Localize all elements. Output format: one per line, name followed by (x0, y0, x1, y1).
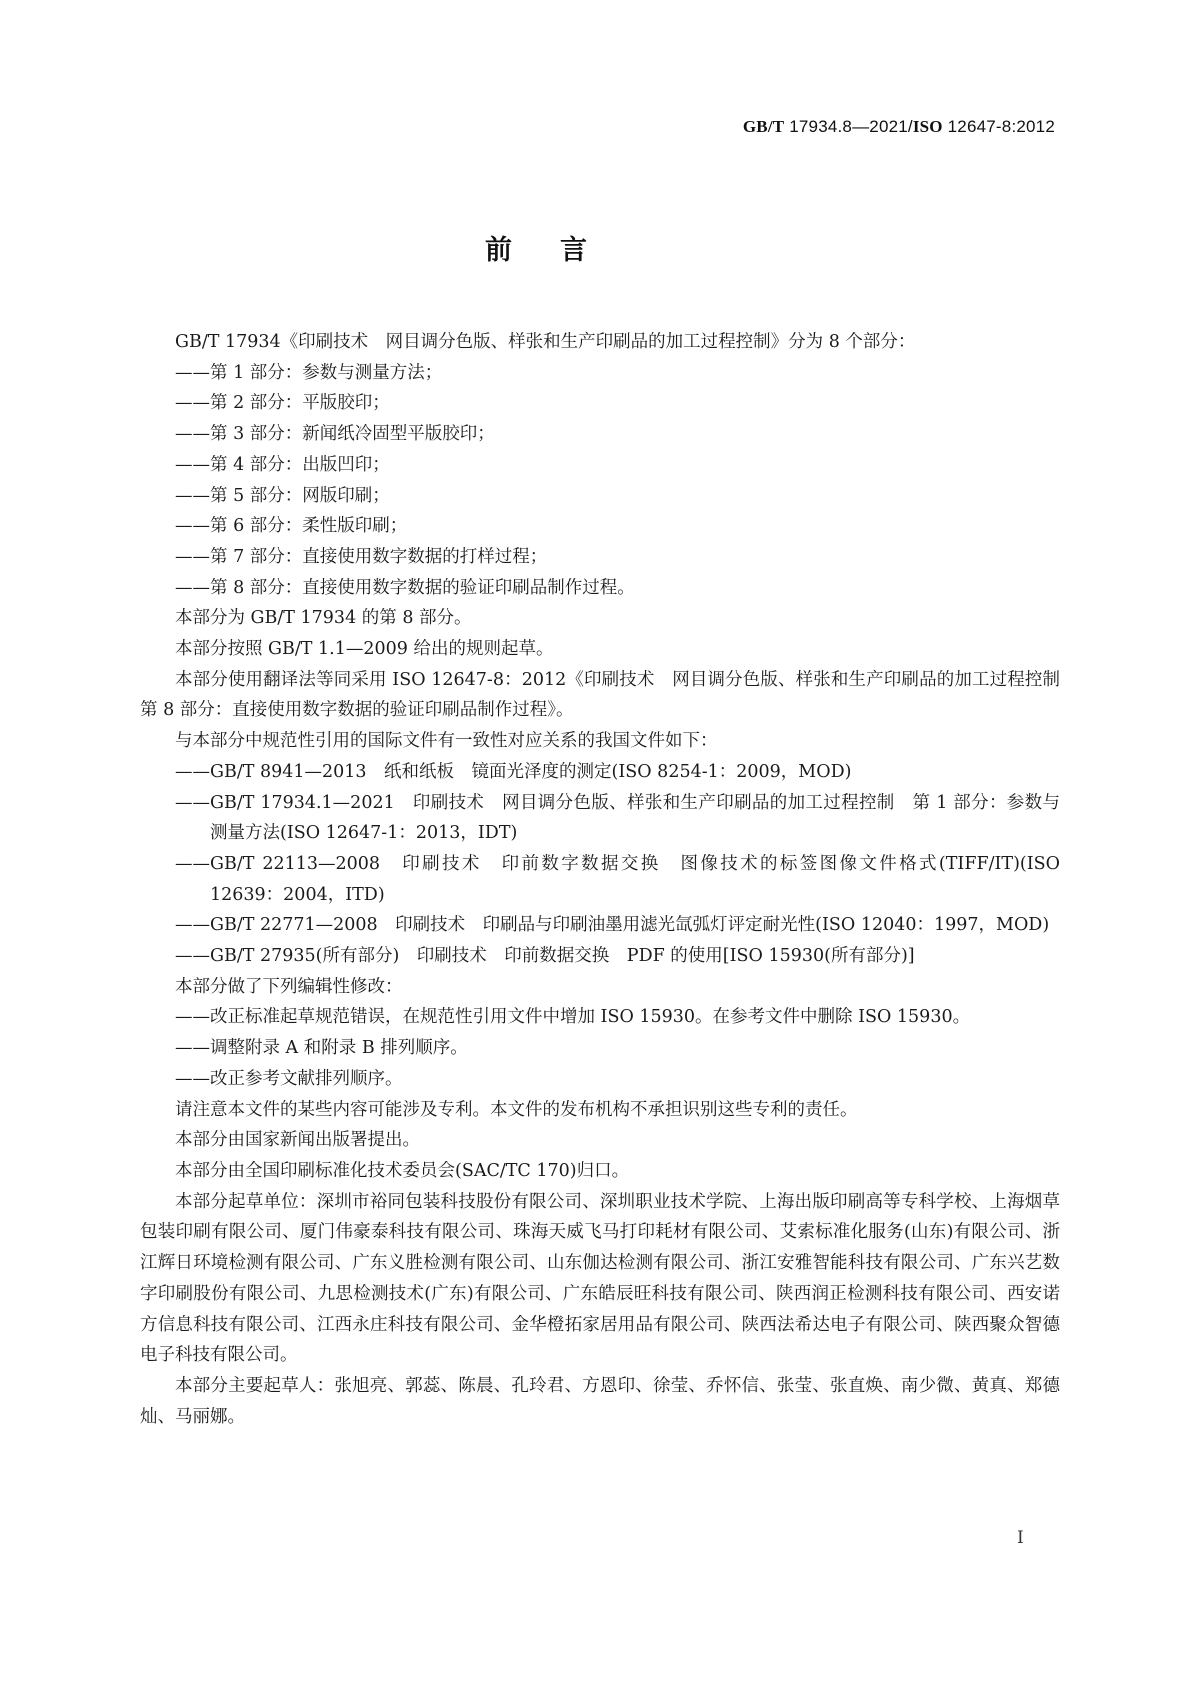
edit-item: ——改正标准起草规范错误，在规范性引用文件中增加 ISO 15930。在参考文件… (140, 1002, 1060, 1033)
part-list-item: ——第 5 部分：网版印刷； (140, 481, 1060, 512)
correspondence-intro: 与本部分中规范性引用的国际文件有一致性对应关系的我国文件如下： (140, 726, 1060, 757)
correspondence-item: ——GB/T 27935(所有部分) 印刷技术 印前数据交换 PDF 的使用[I… (140, 941, 1060, 972)
proposed-by: 本部分由国家新闻出版署提出。 (140, 1125, 1060, 1156)
part-of-paragraph: 本部分为 GB/T 17934 的第 8 部分。 (140, 603, 1060, 634)
iso-prefix: ISO (913, 117, 943, 136)
managed-by: 本部分由全国印刷标准化技术委员会(SAC/TC 170)归口。 (140, 1156, 1060, 1187)
part-list-item: ——第 3 部分：新闻纸冷固型平版胶印； (140, 419, 1060, 450)
part-list-item: ——第 2 部分：平版胶印； (140, 388, 1060, 419)
edit-item: ——改正参考文献排列顺序。 (140, 1064, 1060, 1095)
drafting-rules-paragraph: 本部分按照 GB/T 1.1—2009 给出的规则起草。 (140, 634, 1060, 665)
patent-notice: 请注意本文件的某些内容可能涉及专利。本文件的发布机构不承担识别这些专利的责任。 (140, 1095, 1060, 1126)
part-list-item: ——第 1 部分：参数与测量方法； (140, 358, 1060, 389)
edit-item: ——调整附录 A 和附录 B 排列顺序。 (140, 1033, 1060, 1064)
drafting-units: 本部分起草单位：深圳市裕同包装科技股份有限公司、深圳职业技术学院、上海出版印刷高… (140, 1187, 1060, 1371)
part-list-item: ——第 6 部分：柔性版印刷； (140, 511, 1060, 542)
intro-paragraph: GB/T 17934《印刷技术 网目调分色版、样张和生产印刷品的加工过程控制》分… (140, 327, 1060, 358)
part-list-item: ——第 4 部分：出版凹印； (140, 450, 1060, 481)
translation-paragraph: 本部分使用翻译法等同采用 ISO 12647-8：2012《印刷技术 网目调分色… (140, 665, 1060, 726)
correspondence-item: ——GB/T 22771—2008 印刷技术 印刷品与印刷油墨用滤光氙弧灯评定耐… (140, 910, 1060, 941)
std-number: 17934.8—2021/ (784, 117, 913, 136)
document-body: GB/T 17934《印刷技术 网目调分色版、样张和生产印刷品的加工过程控制》分… (140, 327, 1060, 1432)
standard-code-header: GB/T 17934.8—2021/ISO 12647-8:2012 (743, 117, 1055, 137)
iso-number: 12647-8:2012 (943, 117, 1055, 136)
part-list-item: ——第 7 部分：直接使用数字数据的打样过程； (140, 542, 1060, 573)
correspondence-item: ——GB/T 17934.1—2021 印刷技术 网目调分色版、样张和生产印刷品… (140, 788, 1060, 849)
edits-intro: 本部分做了下列编辑性修改： (140, 972, 1060, 1003)
drafters: 本部分主要起草人：张旭亮、郭蕊、陈晨、孔玲君、方恩印、徐莹、乔怀信、张莹、张直焕… (140, 1371, 1060, 1432)
correspondence-item: ——GB/T 22113—2008 印刷技术 印前数字数据交换 图像技术的标签图… (140, 849, 1060, 910)
page-title: 前言 (0, 228, 1120, 267)
part-list-item: ——第 8 部分：直接使用数字数据的验证印刷品制作过程。 (140, 573, 1060, 604)
page-number: I (1017, 1528, 1024, 1548)
correspondence-item: ——GB/T 8941—2013 纸和纸板 镜面光泽度的测定(ISO 8254-… (140, 757, 1060, 788)
std-prefix: GB/T (743, 117, 784, 136)
